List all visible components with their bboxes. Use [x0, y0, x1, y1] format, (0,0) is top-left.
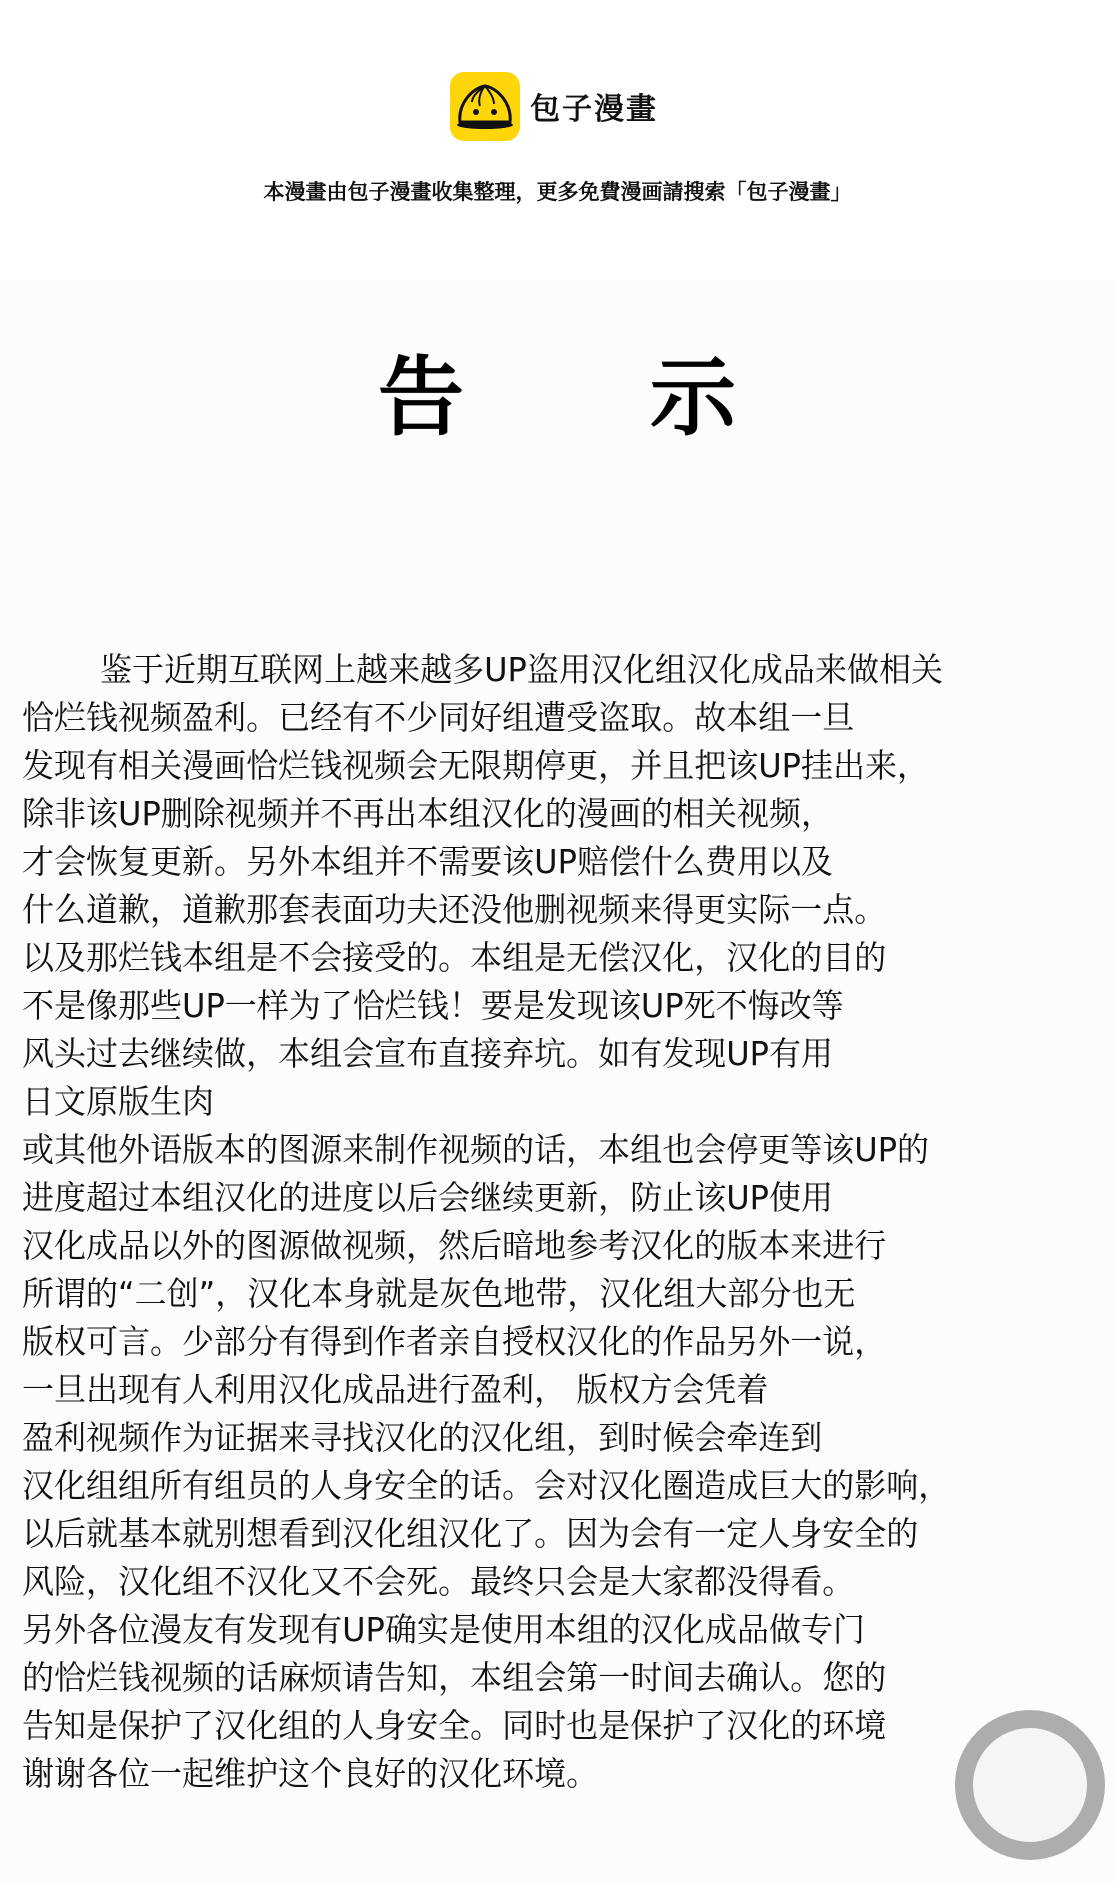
notice-line: 以及那烂钱本组是不会接受的。本组是无偿汉化，汉化的目的 [22, 938, 886, 978]
notice-line: 日文原版生肉 [22, 1082, 214, 1122]
notice-line: 另外各位漫友有发现有UP确实是使用本组的汉化成品做专门 [22, 1610, 865, 1650]
notice-line: 汉化组组所有组员的人身安全的话。会对汉化圈造成巨大的影响， [22, 1466, 950, 1506]
notice-line: 告知是保护了汉化组的人身安全。同时也是保护了汉化的环境 [22, 1706, 886, 1746]
notice-line: 汉化成品以外的图源做视频，然后暗地参考汉化的版本来进行 [22, 1226, 886, 1266]
notice-line: 或其他外语版本的图源来制作视频的话，本组也会停更等该UP的 [22, 1130, 929, 1170]
notice-line: 才会恢复更新。另外本组并不需要该UP赔偿什么费用以及 [22, 842, 833, 882]
notice-line: 以后就基本就别想看到汉化组汉化了。因为会有一定人身安全的 [22, 1514, 918, 1554]
group-seal-watermark [955, 1710, 1105, 1860]
baozi-bun-icon [450, 72, 520, 141]
notice-line: 进度超过本组汉化的进度以后会继续更新，防止该UP使用 [22, 1178, 833, 1218]
notice-line: 所谓的“二创”，汉化本身就是灰色地带，汉化组大部分也无 [22, 1274, 855, 1314]
notice-line: 风险，汉化组不汉化又不会死。最终只会是大家都没得看。 [22, 1562, 854, 1602]
brand-name: 包子漫畫 [530, 84, 658, 128]
notice-title-char-1: 告 [378, 355, 464, 441]
notice-line: 什么道歉，道歉那套表面功夫还没他删视频来得更实际一点。 [22, 890, 886, 930]
brand-logo: 包子漫畫 [450, 71, 658, 141]
notice-line: 盈利视频作为证据来寻找汉化的汉化组，到时候会牵连到 [22, 1418, 822, 1458]
notice-line: 的恰烂钱视频的话麻烦请告知，本组会第一时间去确认。您的 [22, 1658, 886, 1698]
notice-line: 恰烂钱视频盈利。已经有不少同好组遭受盗取。故本组一旦 [22, 698, 854, 738]
notice-line: 谢谢各位一起维护这个良好的汉化环境。 [22, 1754, 598, 1794]
seal-illustration [973, 1728, 1087, 1842]
source-banner: 包子漫畫 本漫畫由包子漫畫收集整理，更多免費漫画請搜索「包子漫畫」 [0, 0, 1115, 280]
notice-title-char-2: 示 [650, 355, 736, 441]
source-notice: 本漫畫由包子漫畫收集整理，更多免費漫画請搜索「包子漫畫」 [0, 176, 1115, 206]
notice-line: 风头过去继续做，本组会宣布直接弃坑。如有发现UP有用 [22, 1034, 833, 1074]
notice-line: 除非该UP删除视频并不再出本组汉化的漫画的相关视频， [22, 794, 833, 834]
notice-line: 发现有相关漫画恰烂钱视频会无限期停更，并且把该UP挂出来， [22, 746, 929, 786]
notice-line: 不是像那些UP一样为了恰烂钱！要是发现该UP死不悔改等 [22, 986, 844, 1026]
notice-line: 一旦出现有人利用汉化成品进行盈利， 版权方会凭着 [22, 1370, 768, 1410]
notice-line: 版权可言。少部分有得到作者亲自授权汉化的作品另外一说， [22, 1322, 886, 1362]
notice-line: 鉴于近期互联网上越来越多UP盗用汉化组汉化成品来做相关 [100, 650, 943, 690]
